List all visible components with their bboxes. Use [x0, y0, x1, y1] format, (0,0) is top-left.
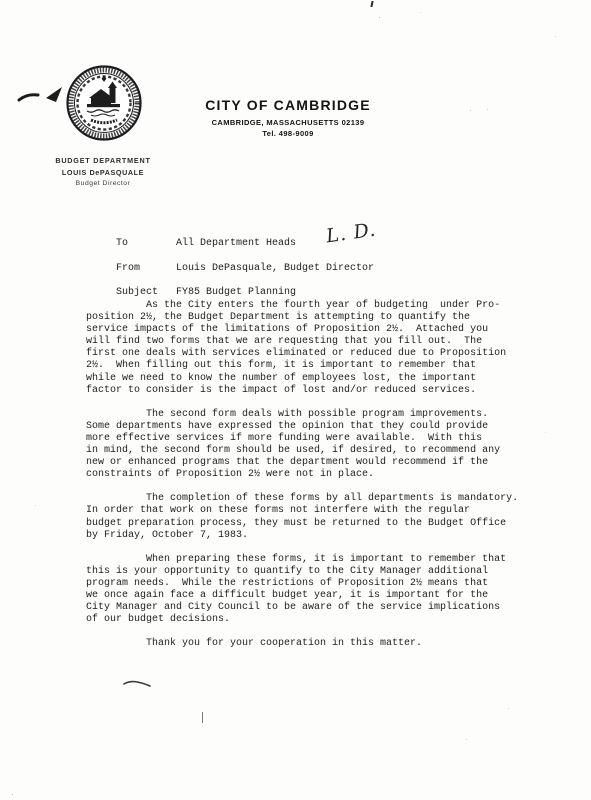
scan-artifact-tick-top: [370, 1, 373, 7]
paragraph-4: When preparing these forms, it is import…: [86, 554, 546, 627]
from-label: From: [116, 263, 176, 274]
handwritten-arrow-icon: [16, 84, 66, 110]
city-seal-icon: [64, 62, 144, 144]
letterhead-title: CITY OF CAMBRIDGE: [178, 97, 398, 113]
paragraph-3: The completion of these forms by all dep…: [86, 493, 546, 541]
paragraph-2: The second form deals with possible prog…: [86, 409, 546, 482]
subject-value: FY85 Budget Planning: [176, 287, 296, 298]
department-block: BUDGET DEPARTMENT LOUIS DePASQUALE Budge…: [33, 156, 173, 187]
to-value: All Department Heads: [176, 238, 296, 249]
director-title: Budget Director: [33, 180, 173, 187]
department-name: BUDGET DEPARTMENT: [33, 156, 173, 165]
subject-label: Subject: [116, 287, 176, 298]
closing-line: Thank you for your cooperation in this m…: [86, 638, 546, 650]
letterhead: CITY OF CAMBRIDGE CAMBRIDGE, MASSACHUSET…: [178, 97, 398, 138]
handwritten-initials: L. D.: [325, 219, 378, 248]
director-name: LOUIS DePASQUALE: [33, 168, 173, 177]
from-value: Louis DePasquale, Budget Director: [176, 263, 374, 274]
letter-body: As the City enters the fourth year of bu…: [86, 300, 546, 660]
paragraph-1: As the City enters the fourth year of bu…: [86, 300, 546, 397]
to-label: To: [116, 238, 176, 249]
scanned-letter-page: CITY OF CAMBRIDGE CAMBRIDGE, MASSACHUSET…: [0, 0, 591, 800]
scan-artifact-squiggle: [122, 679, 152, 689]
letterhead-phone: Tel. 498-9009: [178, 129, 398, 138]
scan-artifact-specks: [0, 0, 1, 1]
scan-artifact-tick-bottom: [202, 712, 203, 723]
letterhead-address: CAMBRIDGE, MASSACHUSETTS 02139: [178, 118, 398, 127]
